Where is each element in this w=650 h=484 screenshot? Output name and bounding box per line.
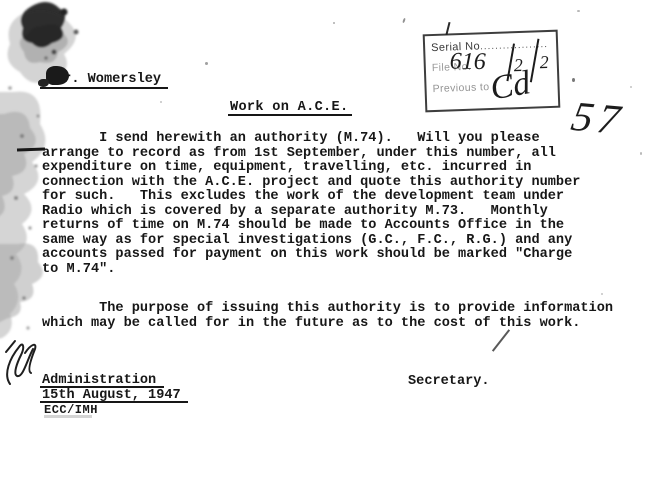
- scanned-memo-page: Mr. Womersley Serial No.................…: [0, 0, 650, 484]
- stamp-serial-row: Serial No..................: [431, 38, 548, 54]
- paper-speck: [402, 18, 406, 23]
- stamp-file-number: 616: [449, 49, 485, 77]
- paper-speck: [205, 62, 208, 65]
- stamp-previous-value: Cd: [488, 64, 534, 108]
- paper-speck: [601, 293, 603, 295]
- stamp-file-number-part: 2: [539, 52, 549, 73]
- addressee: Mr. Womersley: [55, 72, 161, 87]
- stamp-previous-label: Previous to: [432, 81, 489, 95]
- addressee-underline: [40, 87, 168, 89]
- ink-scribble: [0, 336, 44, 392]
- paper-speck: [160, 101, 162, 103]
- paper-speck: [572, 78, 575, 82]
- paper-speck: [333, 22, 335, 24]
- page-number-annotation: 57: [567, 93, 628, 145]
- paper-speck: [630, 86, 632, 88]
- footer-signatory: Secretary.: [408, 374, 490, 389]
- ink-blob: [46, 66, 69, 85]
- department-underline: [40, 386, 164, 388]
- paper-speck: [577, 10, 580, 12]
- title-underline: [228, 114, 352, 116]
- paper-speck: [640, 152, 642, 155]
- pen-mark: [492, 329, 510, 352]
- memo-title: Work on A.C.E.: [230, 100, 348, 115]
- file-stamp: Serial No.................. File No. Pre…: [423, 30, 561, 113]
- date-underline: [40, 401, 188, 403]
